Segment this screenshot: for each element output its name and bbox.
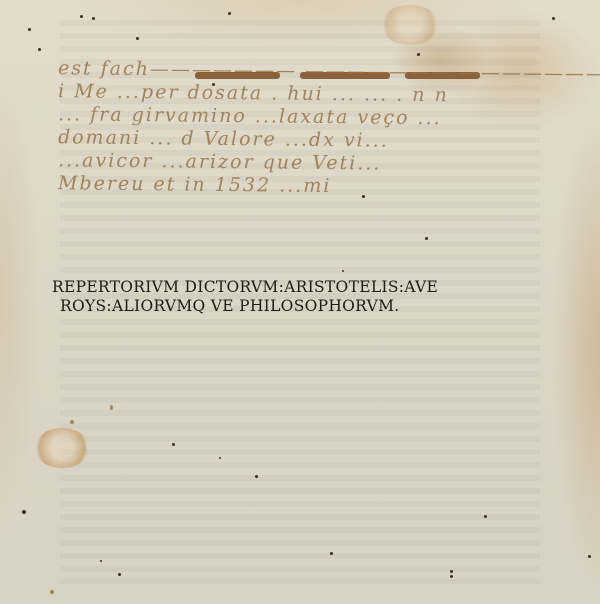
foxing-spot <box>450 570 453 573</box>
handwritten-annotation: est fach——————— ——————— ——————— libre ..… <box>58 60 588 198</box>
foxing-spot <box>38 48 41 51</box>
foxing-spot <box>70 420 74 424</box>
water-stain <box>34 428 90 468</box>
foxing-spot <box>255 475 258 478</box>
foxing-spot <box>219 457 221 459</box>
foxing-spot <box>92 17 95 20</box>
printed-title: REPERTORIVM DICTORVM:ARISTOTELIS:AVE ROY… <box>52 278 552 316</box>
foxing-spot <box>110 405 113 410</box>
foxing-spot <box>50 590 54 594</box>
foxing-spot <box>118 573 121 576</box>
title-line-2: ROYS:ALIORVMQ VE PHILOSOPHORVM. <box>52 297 552 316</box>
foxing-spot <box>228 12 231 15</box>
foxing-spot <box>425 237 428 240</box>
foxing-spot <box>484 515 487 518</box>
book-page: est fach——————— ——————— ——————— libre ..… <box>0 0 600 604</box>
foxing-spot <box>212 83 215 86</box>
handwritten-line: Mbereu et in 1532 ...mi <box>58 172 588 201</box>
water-stain <box>380 5 440 45</box>
foxing-spot <box>100 560 102 562</box>
foxing-spot <box>172 443 175 446</box>
foxing-spot <box>342 270 344 272</box>
foxing-spot <box>362 195 365 198</box>
foxing-spot <box>22 510 26 514</box>
foxing-spot <box>588 555 591 558</box>
foxing-spot <box>450 575 453 578</box>
foxing-spot <box>80 15 83 18</box>
foxing-spot <box>552 17 555 20</box>
foxing-spot <box>28 28 31 31</box>
foxing-spot <box>417 53 420 56</box>
foxing-spot <box>136 37 139 40</box>
foxing-spot <box>330 552 333 555</box>
title-line-1: REPERTORIVM DICTORVM:ARISTOTELIS:AVE <box>52 278 552 297</box>
